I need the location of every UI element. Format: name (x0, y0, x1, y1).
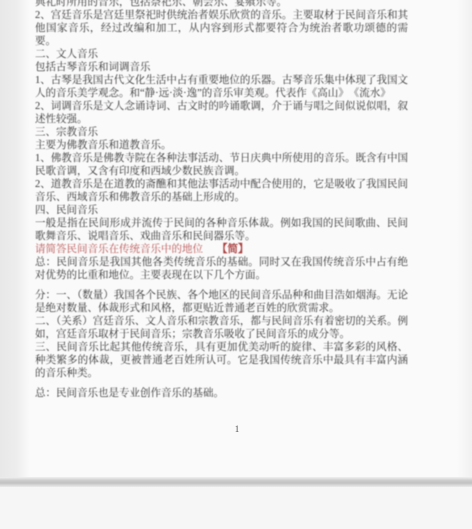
viewer-background: { "document": { "language": "zh-CN", "ba… (0, 0, 472, 529)
paragraph: 包括古琴音乐和词调音乐 (35, 61, 408, 74)
paragraph: 2、宫廷音乐是宫廷里祭祀时供统治者娱乐欣赏的音乐。主要取材于民间音乐和其他国家音… (35, 9, 408, 48)
page-right-edge-shadow (456, 0, 472, 478)
paragraph: 分：一、（数量）我国各个民族、各个地区的民间音乐品种和曲目浩如烟海。无论是绝对数… (35, 289, 408, 315)
page-divider (0, 477, 472, 487)
page-number: 1 (228, 424, 246, 436)
question-text: 请简答民间音乐在传统音乐中的地位 (35, 244, 203, 255)
paragraph: 主要为佛教音乐和道教音乐。 (35, 139, 408, 152)
document-page: 典礼时所用的音乐，包括祭祀乐、朝会乐、宴飨乐等。2、宫廷音乐是宫廷里祭祀时供统治… (0, 0, 472, 478)
paragraph: 二、（关系）宫廷音乐、文人音乐和宗教音乐，都与民间音乐有着密切的关系。例如，宫廷… (35, 315, 408, 341)
paragraph: 1、佛教音乐是佛教寺院在各种法事活动、节日庆典中所使用的音乐。既含有中国民歌音调… (35, 152, 408, 178)
paragraph: 2、词调音乐是文人念诵诗词、古文时的吟诵歌调，介于诵与唱之间似说似唱，叙述性较强… (35, 100, 408, 126)
paragraph-gap (35, 282, 408, 289)
paragraph: 一般是指在民间形成并流传于民间的各种音乐体裁。例如我国的民间歌曲、民间歌舞音乐、… (35, 217, 408, 243)
question-tag: 【简】 (217, 244, 249, 255)
next-page-gap (0, 487, 472, 529)
section-heading: 四、民间音乐 (35, 204, 408, 217)
section-heading: 三、宗教音乐 (35, 126, 408, 139)
page-left-edge-shadow (0, 0, 30, 478)
paragraph: 总：民间音乐是我国其他各类传统音乐的基础。同时又在我国传统音乐中占有绝对优势的比… (35, 256, 408, 282)
document-text: 典礼时所用的音乐，包括祭祀乐、朝会乐、宴飨乐等。2、宫廷音乐是宫廷里祭祀时供统治… (35, 0, 408, 400)
paragraph-gap (35, 380, 408, 387)
paragraph: 三、民间音乐比起其他传统音乐，具有更加优美动听的旋律、丰富多彩的风格、种类繁多的… (35, 341, 408, 380)
section-heading: 二、文人音乐 (35, 48, 408, 61)
clipped-top-line: 典礼时所用的音乐，包括祭祀乐、朝会乐、宴飨乐等。 (35, 0, 408, 9)
paragraph: 1、古琴是我国古代文化生活中占有重要地位的乐器。古琴音乐集中体现了我国文人的音乐… (35, 74, 408, 100)
paragraph: 总：民间音乐也是专业创作音乐的基础。 (35, 387, 408, 400)
paragraph: 2、道教音乐是在道教的斋醮和其他法事活动中配合使用的，它是吸收了我国民间音乐、西… (35, 178, 408, 204)
highlighted-question: 请简答民间音乐在传统音乐中的地位【简】 (35, 243, 408, 256)
